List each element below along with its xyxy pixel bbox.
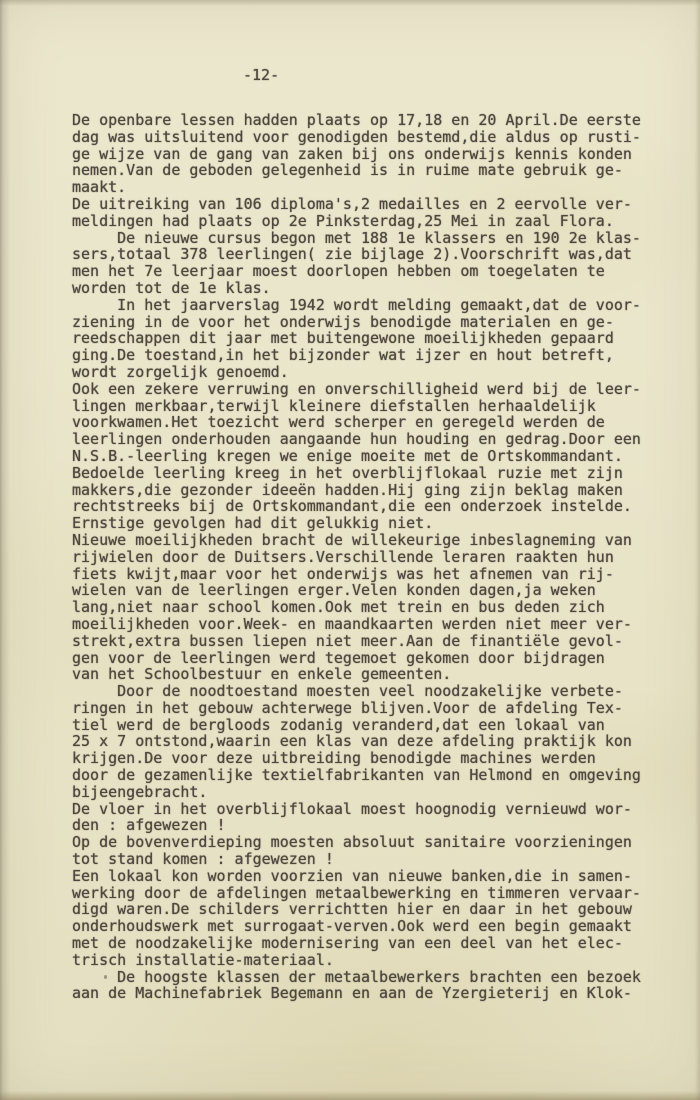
scan-edge-shadow bbox=[0, 0, 700, 1100]
scanned-page: -12- De openbare lessen hadden plaats op… bbox=[0, 0, 700, 1100]
